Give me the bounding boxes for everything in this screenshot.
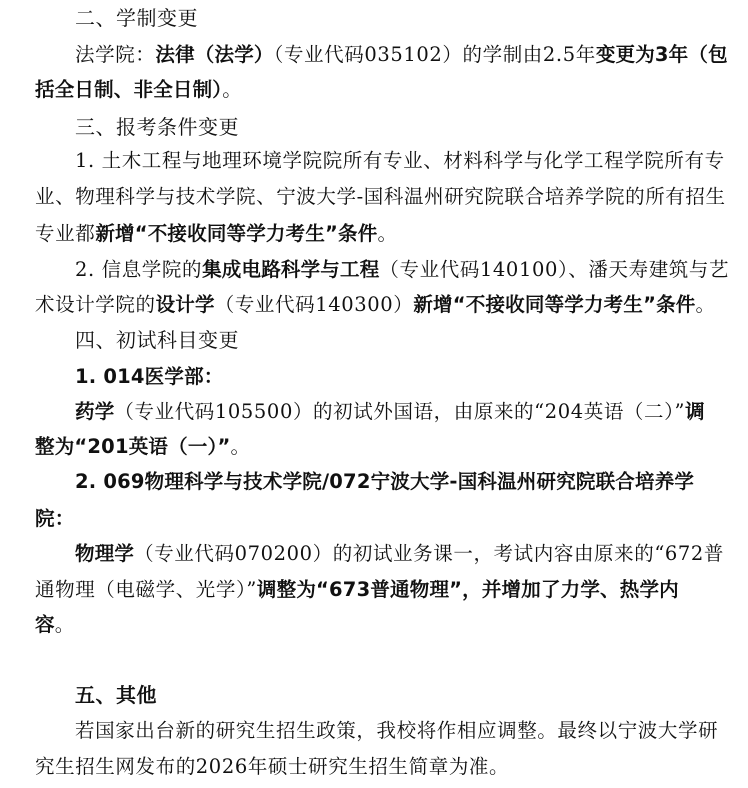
text: 2. 信息学院的 bbox=[75, 258, 202, 281]
subsection-title: 2. 069物理科学与技术学院/072宁波大学-国科温州研究院联合培养学 bbox=[75, 470, 725, 494]
text: 法学院： bbox=[75, 43, 155, 66]
text: 。 bbox=[696, 293, 716, 316]
section-heading-2: 二、学制变更 bbox=[75, 6, 725, 30]
paragraph-line: 2. 信息学院的集成电路科学与工程（专业代码140100）、潘天寿建筑与艺 bbox=[75, 258, 725, 282]
bold-text: 括全日制、非全日制） bbox=[35, 78, 222, 101]
section-heading-5: 五、其他 bbox=[75, 683, 725, 707]
paragraph-line: 法学院：法律（法学）（专业代码035102）的学制由2.5年变更为3年（包 bbox=[75, 43, 725, 67]
paragraph-line: 术设计学院的设计学（专业代码140300）新增“不接收同等学力考生”条件。 bbox=[35, 293, 725, 317]
text: 。 bbox=[222, 78, 242, 101]
bold-text: 容 bbox=[35, 613, 55, 636]
paragraph-line: 物理学（专业代码070200）的初试业务课一，考试内容由原来的“672普 bbox=[75, 542, 725, 566]
paragraph-line: 究生招生网发布的2026年硕士研究生招生简章为准。 bbox=[35, 755, 725, 779]
bold-text: 新增“不接收同等学力考生”条件 bbox=[413, 293, 695, 316]
paragraph-line: 整为“201英语（一）”。 bbox=[35, 435, 725, 459]
text: （专业代码035102）的学制由2.5年 bbox=[274, 43, 596, 66]
bold-text: 集成电路科学与工程 bbox=[202, 258, 379, 281]
paragraph-line: 药学（专业代码105500）的初试外国语，由原来的“204英语（二）”调 bbox=[75, 400, 725, 424]
text: 通物理（电磁学、光学）” bbox=[35, 578, 257, 601]
text: （专业代码105500）的初试外国语，由原来的“204英语（二）” bbox=[114, 400, 685, 423]
subsection-title: 1. 014医学部： bbox=[75, 365, 725, 389]
section-heading-3: 三、报考条件变更 bbox=[75, 115, 725, 139]
bold-text: 法律（法学） bbox=[155, 43, 273, 66]
bold-text: 整为“201英语（一）” bbox=[35, 435, 231, 458]
paragraph-line: 业、物理科学与技术学院、宁波大学-国科温州研究院联合培养学院的所有招生 bbox=[35, 185, 725, 209]
paragraph-line: 若国家出台新的研究生招生政策，我校将作相应调整。最终以宁波大学研 bbox=[75, 719, 725, 743]
bold-text: 调 bbox=[685, 400, 705, 423]
paragraph-line: 通物理（电磁学、光学）”调整为“673普通物理”，并增加了力学、热学内 bbox=[35, 578, 725, 602]
text: （专业代码070200）的初试业务课一，考试内容由原来的“672普 bbox=[134, 542, 724, 565]
subsection-title-cont: 院： bbox=[35, 507, 725, 531]
paragraph-line: 括全日制、非全日制）。 bbox=[35, 78, 725, 102]
text: 。 bbox=[377, 222, 397, 245]
paragraph-line: 容。 bbox=[35, 613, 725, 637]
text: 。 bbox=[55, 613, 75, 636]
text: 术设计学院的 bbox=[35, 293, 156, 316]
bold-text: 调整为“673普通物理”，并增加了力学、热学内 bbox=[257, 578, 679, 601]
bold-text: 物理学 bbox=[75, 542, 134, 565]
text: （专业代码140100）、潘天寿建筑与艺 bbox=[379, 258, 729, 281]
paragraph-line: 专业都新增“不接收同等学力考生”条件。 bbox=[35, 222, 725, 246]
bold-text: 药学 bbox=[75, 400, 114, 423]
bold-text: 新增“不接收同等学力考生”条件 bbox=[95, 222, 377, 245]
bold-text: 设计学 bbox=[156, 293, 215, 316]
text: 专业都 bbox=[35, 222, 95, 245]
text: 。 bbox=[231, 435, 251, 458]
bold-text: 变更为3年（包 bbox=[596, 43, 728, 66]
text: （专业代码140300） bbox=[215, 293, 414, 316]
paragraph-line: 1. 土木工程与地理环境学院院所有专业、材料科学与化学工程学院所有专 bbox=[75, 149, 725, 173]
section-heading-4: 四、初试科目变更 bbox=[75, 328, 725, 352]
